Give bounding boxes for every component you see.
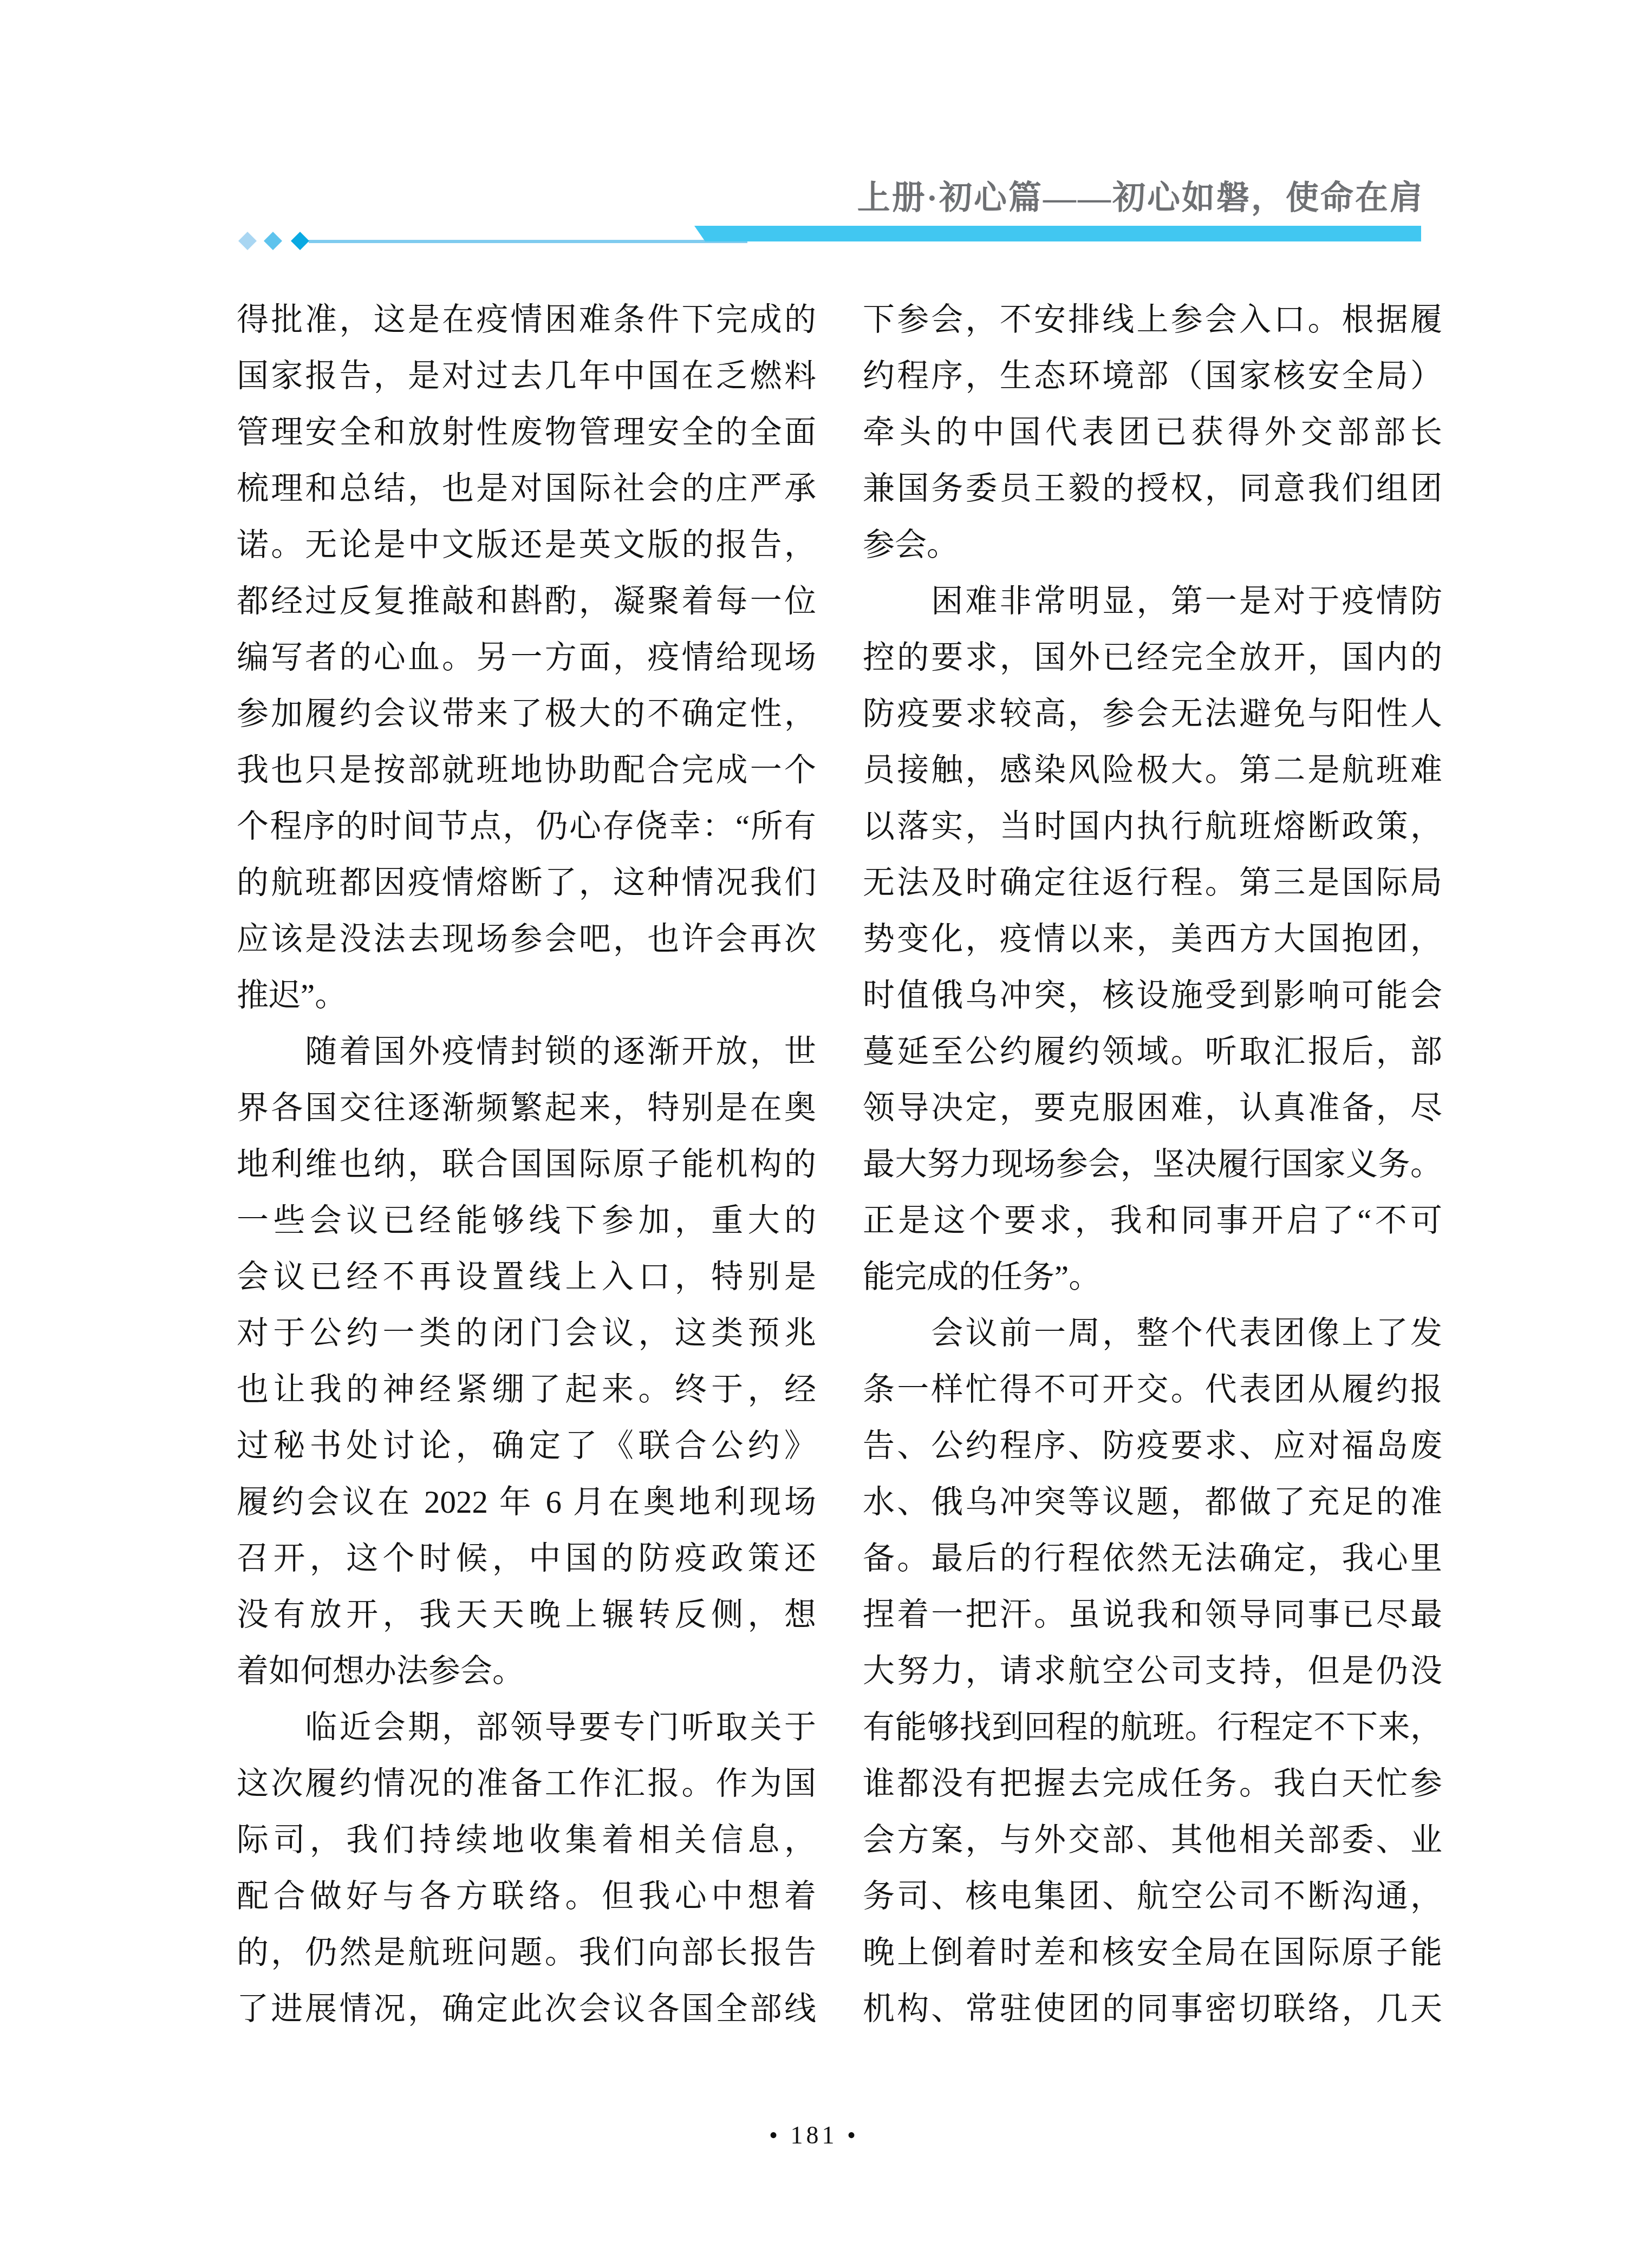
text-line: 有能够找到回程的航班。行程定不下来， xyxy=(863,1699,1442,1755)
text-line: 控的要求，国外已经完全放开，国内的 xyxy=(863,629,1442,685)
book-page: 上册·初心篇——初心如磐，使命在肩 得批准，这是在疫情困难条件下完成的国家报告，… xyxy=(0,0,1628,2268)
text-line: 召开，这个时候，中国的防疫政策还 xyxy=(237,1530,816,1586)
text-line: 能完成的任务”。 xyxy=(863,1249,1442,1305)
text-line: 梳理和总结，也是对国际社会的庄严承 xyxy=(237,460,816,517)
text-line: 国家报告，是对过去几年中国在乏燃料 xyxy=(237,348,816,404)
text-line: 没有放开，我天天晚上辗转反侧，想 xyxy=(237,1586,816,1643)
text-line: 困难非常明显，第一是对于疫情防 xyxy=(863,573,1442,629)
text-line: 过秘书处讨论，确定了《联合公约》 xyxy=(237,1417,816,1474)
text-line: 地利维也纳，联合国国际原子能机构的 xyxy=(237,1136,816,1192)
text-line: 应该是没法去现场参会吧，也许会再次 xyxy=(237,911,816,967)
diamond-icon xyxy=(291,232,309,250)
text-line: 务司、核电集团、航空公司不断沟通， xyxy=(863,1868,1442,1924)
text-line: 际司，我们持续地收集着相关信息， xyxy=(237,1812,816,1868)
header-accent-bar xyxy=(694,226,1421,241)
text-line: 的航班都因疫情熔断了，这种情况我们 xyxy=(237,854,816,911)
text-line: 得批准，这是在疫情困难条件下完成的 xyxy=(237,291,816,348)
text-line: 条一样忙得不可开交。代表团从履约报 xyxy=(863,1361,1442,1417)
header-rule-line xyxy=(309,240,747,243)
text-line: 晚上倒着时差和核安全局在国际原子能 xyxy=(863,1924,1442,1981)
text-line: 参会。 xyxy=(863,517,1442,573)
text-line: 会议前一周，整个代表团像上了发 xyxy=(863,1305,1442,1361)
text-line: 个程序的时间节点，仍心存侥幸：“所有 xyxy=(237,798,816,854)
left-text-column: 得批准，这是在疫情困难条件下完成的国家报告，是对过去几年中国在乏燃料管理安全和放… xyxy=(237,291,816,2037)
text-line: 大努力，请求航空公司支持，但是仍没 xyxy=(863,1643,1442,1699)
text-line: 这次履约情况的准备工作汇报。作为国 xyxy=(237,1755,816,1812)
text-line: 势变化，疫情以来，美西方大国抱团， xyxy=(863,911,1442,967)
text-line: 对于公约一类的闭门会议，这类预兆 xyxy=(237,1305,816,1361)
text-line: 领导决定，要克服困难，认真准备，尽 xyxy=(863,1080,1442,1136)
text-line: 了进展情况，确定此次会议各国全部线 xyxy=(237,1981,816,2037)
text-line: 无法及时确定往返行程。第三是国际局 xyxy=(863,854,1442,911)
text-line: 水、俄乌冲突等议题，都做了充足的准 xyxy=(863,1474,1442,1530)
text-line: 管理安全和放射性废物管理安全的全面 xyxy=(237,404,816,460)
text-line: 一些会议已经能够线下参加，重大的 xyxy=(237,1192,816,1249)
text-line: 着如何想办法参会。 xyxy=(237,1643,816,1699)
text-line: 防疫要求较高，参会无法避免与阳性人 xyxy=(863,685,1442,742)
text-line: 机构、常驻使团的同事密切联络，几天 xyxy=(863,1981,1442,2037)
diamond-icon xyxy=(264,232,282,250)
text-line: 编写者的心血。另一方面，疫情给现场 xyxy=(237,629,816,685)
text-line: 履约会议在 2022 年 6 月在奥地利现场 xyxy=(237,1474,816,1530)
text-line: 捏着一把汗。虽说我和领导同事已尽最 xyxy=(863,1586,1442,1643)
text-line: 正是这个要求，我和同事开启了“不可 xyxy=(863,1192,1442,1249)
text-line: 谁都没有把握去完成任务。我白天忙参 xyxy=(863,1755,1442,1812)
text-line: 界各国交往逐渐频繁起来，特别是在奥 xyxy=(237,1080,816,1136)
text-line: 告、公约程序、防疫要求、应对福岛废 xyxy=(863,1417,1442,1474)
text-line: 参加履约会议带来了极大的不确定性， xyxy=(237,685,816,742)
text-line: 以落实，当时国内执行航班熔断政策， xyxy=(863,798,1442,854)
diamond-icon xyxy=(238,232,257,250)
text-line: 最大努力现场参会，坚决履行国家义务。 xyxy=(863,1136,1442,1192)
text-line: 牵头的中国代表团已获得外交部部长 xyxy=(863,404,1442,460)
right-text-column: 下参会，不安排线上参会入口。根据履约程序，生态环境部（国家核安全局）牵头的中国代… xyxy=(863,291,1442,2037)
text-line: 配合做好与各方联络。但我心中想着 xyxy=(237,1868,816,1924)
text-line: 兼国务委员王毅的授权，同意我们组团 xyxy=(863,460,1442,517)
text-line: 的，仍然是航班问题。我们向部长报告 xyxy=(237,1924,816,1981)
page-number: • 181 • xyxy=(0,2118,1628,2153)
text-line: 推迟”。 xyxy=(237,967,816,1023)
text-line: 也让我的神经紧绷了起来。终于，经 xyxy=(237,1361,816,1417)
text-line: 会议已经不再设置线上入口，特别是 xyxy=(237,1249,816,1305)
text-line: 我也只是按部就班地协助配合完成一个 xyxy=(237,742,816,798)
text-line: 蔓延至公约履约领域。听取汇报后，部 xyxy=(863,1023,1442,1080)
text-line: 员接触，感染风险极大。第二是航班难 xyxy=(863,742,1442,798)
text-line: 下参会，不安排线上参会入口。根据履 xyxy=(863,291,1442,348)
text-line: 诺。无论是中文版还是英文版的报告， xyxy=(237,517,816,573)
text-line: 约程序，生态环境部（国家核安全局） xyxy=(863,348,1442,404)
running-header-title: 上册·初心篇——初心如磐，使命在肩 xyxy=(857,181,1424,217)
text-line: 都经过反复推敲和斟酌，凝聚着每一位 xyxy=(237,573,816,629)
text-line: 临近会期，部领导要专门听取关于 xyxy=(237,1699,816,1755)
text-line: 会方案，与外交部、其他相关部委、业 xyxy=(863,1812,1442,1868)
text-line: 备。最后的行程依然无法确定，我心里 xyxy=(863,1530,1442,1586)
text-line: 随着国外疫情封锁的逐渐开放，世 xyxy=(237,1023,816,1080)
text-line: 时值俄乌冲突，核设施受到影响可能会 xyxy=(863,967,1442,1023)
